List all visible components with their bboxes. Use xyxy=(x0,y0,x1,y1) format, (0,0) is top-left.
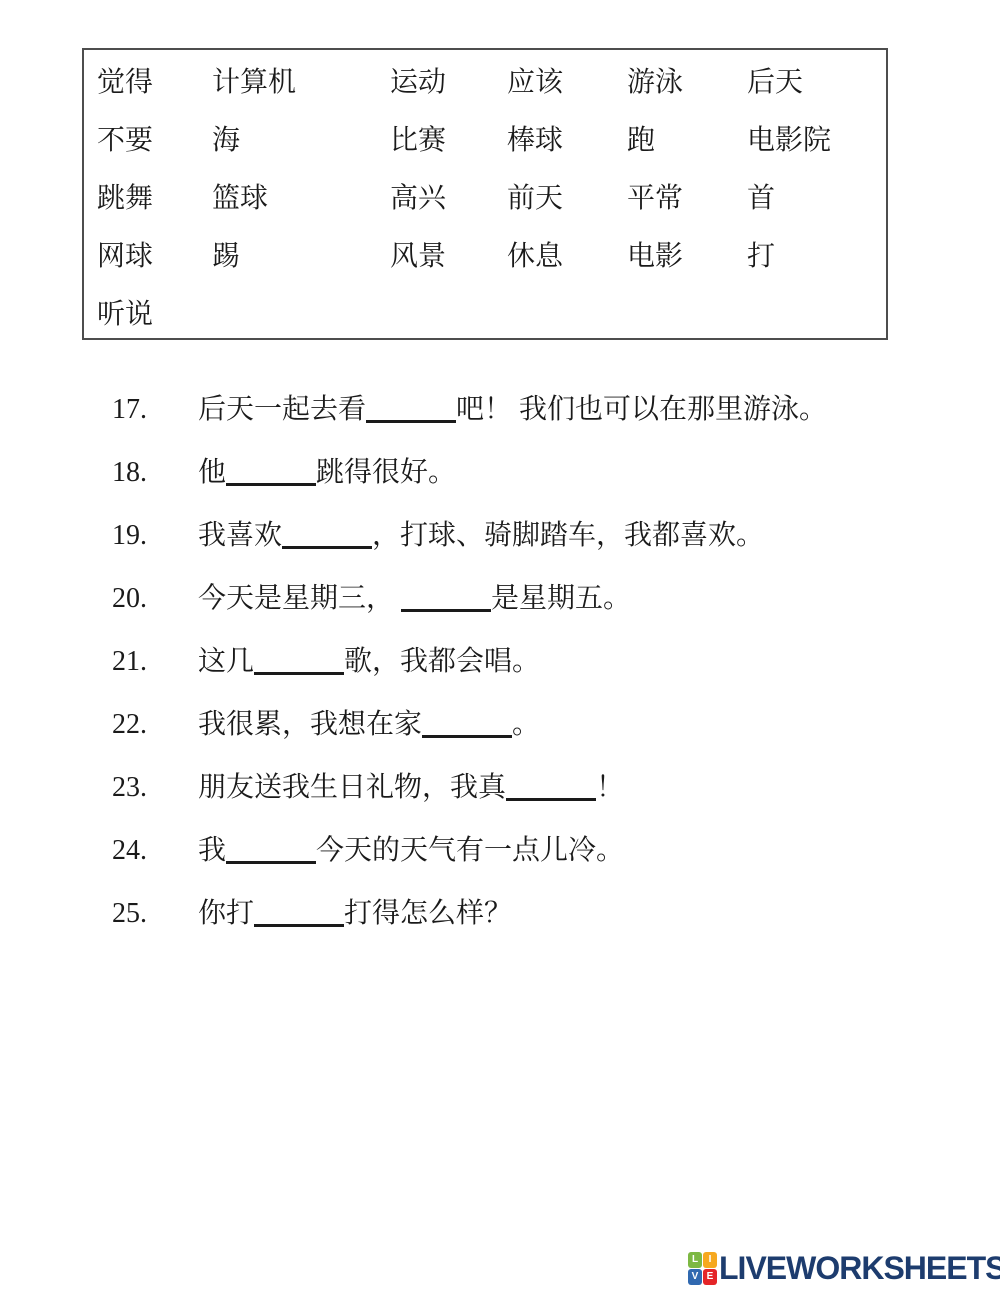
word-bank-word xyxy=(627,286,747,344)
answer-blank[interactable] xyxy=(226,483,316,486)
word-bank-word: 棒球 xyxy=(507,112,627,170)
question-item: 19.我喜欢，打球、骑脚踏车，我都喜欢。 xyxy=(112,520,932,552)
answer-blank[interactable] xyxy=(226,861,316,864)
word-bank-word: 应该 xyxy=(507,54,627,112)
question-text-segment: 吧！ 我们也可以在那里游泳。 xyxy=(456,394,827,425)
question-text-segment: 我很累，我想在家 xyxy=(198,709,422,740)
question-text-segment: 。 xyxy=(512,709,540,740)
word-bank-word: 首 xyxy=(747,170,877,228)
word-bank-word: 后天 xyxy=(747,54,877,112)
word-bank-row: 跳舞篮球高兴前天平常首 xyxy=(97,170,886,228)
word-bank-word: 比赛 xyxy=(390,112,507,170)
word-bank-word: 休息 xyxy=(507,228,627,286)
question-item: 17.后天一起去看吧！ 我们也可以在那里游泳。 xyxy=(112,394,932,426)
question-text-segment: 朋友送我生日礼物，我真 xyxy=(198,772,506,803)
logo-tile-e: E xyxy=(703,1269,717,1285)
answer-blank[interactable] xyxy=(282,546,372,549)
question-text-segment: 今天是星期三， xyxy=(198,583,401,614)
question-text: 我喜欢，打球、骑脚踏车，我都喜欢。 xyxy=(198,520,764,552)
word-bank-word: 风景 xyxy=(390,228,507,286)
question-item: 22.我很累，我想在家。 xyxy=(112,709,932,741)
question-text-segment: 这几 xyxy=(198,646,254,677)
word-bank-word: 平常 xyxy=(627,170,747,228)
question-item: 24.我今天的天气有一点儿冷。 xyxy=(112,835,932,867)
word-bank-word: 海 xyxy=(212,112,390,170)
word-bank-row: 听说 xyxy=(97,286,886,344)
question-number: 19. xyxy=(112,520,198,552)
liveworksheets-logo-text: LIVEWORKSHEETS xyxy=(719,1252,1000,1285)
word-bank-word: 电影院 xyxy=(747,112,877,170)
answer-blank[interactable] xyxy=(422,735,512,738)
question-item: 25.你打打得怎么样？ xyxy=(112,898,932,930)
question-text-segment: 今天的天气有一点儿冷。 xyxy=(316,835,624,866)
word-bank-word: 听说 xyxy=(97,286,212,344)
word-bank-word: 计算机 xyxy=(212,54,390,112)
question-number: 20. xyxy=(112,583,198,615)
question-item: 21.这几歌，我都会唱。 xyxy=(112,646,932,678)
word-bank-row: 觉得计算机运动应该游泳后天 xyxy=(97,54,886,112)
question-item: 18.他跳得很好。 xyxy=(112,457,932,489)
worksheet-page: 觉得计算机运动应该游泳后天不要海比赛棒球跑电影院跳舞篮球高兴前天平常首网球踢风景… xyxy=(0,0,1000,1294)
word-bank-word: 觉得 xyxy=(97,54,212,112)
word-bank-word: 不要 xyxy=(97,112,212,170)
question-text-segment: 歌，我都会唱。 xyxy=(344,646,540,677)
question-text: 朋友送我生日礼物，我真！ xyxy=(198,772,624,804)
question-text: 我今天的天气有一点儿冷。 xyxy=(198,835,624,867)
answer-blank[interactable] xyxy=(506,798,596,801)
question-text: 我很累，我想在家。 xyxy=(198,709,540,741)
question-text-segment: ，打球、骑脚踏车，我都喜欢。 xyxy=(372,520,764,551)
word-bank-word: 跳舞 xyxy=(97,170,212,228)
word-bank-word: 跑 xyxy=(627,112,747,170)
word-bank-word: 运动 xyxy=(390,54,507,112)
word-bank-row: 网球踢风景休息电影打 xyxy=(97,228,886,286)
word-bank-row: 不要海比赛棒球跑电影院 xyxy=(97,112,886,170)
question-text-segment: 跳得很好。 xyxy=(316,457,456,488)
question-number: 17. xyxy=(112,394,198,426)
question-number: 25. xyxy=(112,898,198,930)
question-text: 今天是星期三， 是星期五。 xyxy=(198,583,631,615)
word-bank-word: 打 xyxy=(747,228,877,286)
question-text: 后天一起去看吧！ 我们也可以在那里游泳。 xyxy=(198,394,827,426)
word-bank-word: 电影 xyxy=(627,228,747,286)
question-number: 21. xyxy=(112,646,198,678)
word-bank-word: 游泳 xyxy=(627,54,747,112)
logo-tile-i: I xyxy=(703,1252,717,1268)
answer-blank[interactable] xyxy=(254,672,344,675)
question-item: 23.朋友送我生日礼物，我真！ xyxy=(112,772,932,804)
question-number: 18. xyxy=(112,457,198,489)
question-text-segment: ！ xyxy=(596,772,624,803)
question-text-segment: 是星期五。 xyxy=(491,583,631,614)
word-bank-word: 网球 xyxy=(97,228,212,286)
question-text: 这几歌，我都会唱。 xyxy=(198,646,540,678)
liveworksheets-logo-icon: LIVE xyxy=(688,1252,717,1285)
question-text-segment: 我喜欢 xyxy=(198,520,282,551)
word-bank-word xyxy=(212,286,390,344)
word-bank-word: 前天 xyxy=(507,170,627,228)
question-text-segment: 打得怎么样？ xyxy=(344,898,512,929)
word-bank-word: 篮球 xyxy=(212,170,390,228)
question-text-segment: 我 xyxy=(198,835,226,866)
logo-tile-l: L xyxy=(688,1252,702,1268)
word-bank-word: 踢 xyxy=(212,228,390,286)
word-bank-word xyxy=(747,286,877,344)
question-number: 22. xyxy=(112,709,198,741)
question-text: 你打打得怎么样？ xyxy=(198,898,512,930)
question-item: 20.今天是星期三， 是星期五。 xyxy=(112,583,932,615)
question-number: 24. xyxy=(112,835,198,867)
question-list: 17.后天一起去看吧！ 我们也可以在那里游泳。18.他跳得很好。19.我喜欢，打… xyxy=(112,394,932,961)
liveworksheets-logo[interactable]: LIVE LIVEWORKSHEETS xyxy=(688,1252,1000,1285)
answer-blank[interactable] xyxy=(401,609,491,612)
word-bank-word xyxy=(507,286,627,344)
answer-blank[interactable] xyxy=(366,420,456,423)
word-bank: 觉得计算机运动应该游泳后天不要海比赛棒球跑电影院跳舞篮球高兴前天平常首网球踢风景… xyxy=(82,48,888,340)
question-number: 23. xyxy=(112,772,198,804)
answer-blank[interactable] xyxy=(254,924,344,927)
word-bank-word: 高兴 xyxy=(390,170,507,228)
question-text: 他跳得很好。 xyxy=(198,457,456,489)
logo-tile-v: V xyxy=(688,1269,702,1285)
question-text-segment: 后天一起去看 xyxy=(198,394,366,425)
word-bank-word xyxy=(390,286,507,344)
question-text-segment: 他 xyxy=(198,457,226,488)
question-text-segment: 你打 xyxy=(198,898,254,929)
